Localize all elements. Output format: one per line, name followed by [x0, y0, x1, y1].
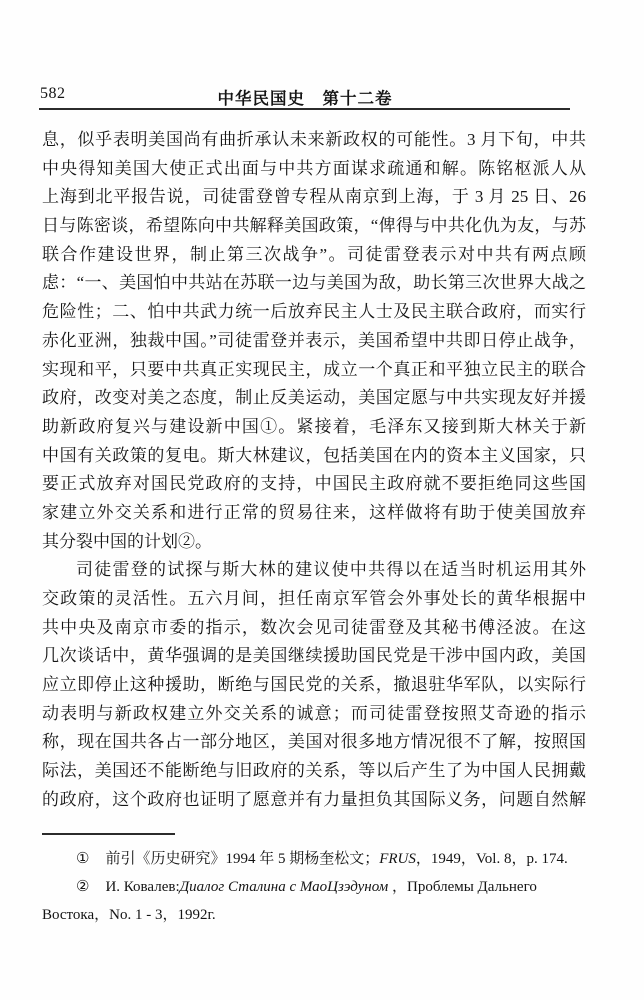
text-line: 中央得知美国大使正式出面与中共方面谋求疏通和解。陈铭枢派人从: [42, 155, 586, 184]
text-line: 际法，美国还不能断绝与旧政府的关系，等以后产生了为中国人民拥戴: [42, 757, 586, 786]
text-line: 日与陈密谈，希望陈向中共解释美国政策，“俾得与中共化仇为友，与苏: [42, 212, 586, 241]
text-line: 危险性；二、怕中共武力统一后放弃民主人士及民主联合政府，而实行: [42, 298, 586, 327]
book-page: 582 中华民国史 第十二卷 息，似乎表明美国尚有曲折承认未来新政权的可能性。3…: [0, 0, 644, 1000]
text-line: 交政策的灵活性。五六月间，担任南京军管会外事处长的黄华根据中: [42, 585, 586, 614]
text-line: 赤化亚洲，独裁中国。”司徒雷登并表示，美国希望中共即日停止战争，: [42, 327, 586, 356]
footnote-1-italic-title: FRUS: [379, 851, 416, 867]
footnote-separator: [42, 833, 175, 835]
footnote-1-text: 前引《历史研究》1994 年 5 期杨奎松文；: [105, 851, 379, 867]
running-title: 中华民国史 第十二卷: [40, 85, 570, 109]
text-line: 其分裂中国的计划②。: [42, 528, 586, 557]
text-line: 上海到北平报告说，司徒雷登曾专程从南京到上海，于 3 月 25 日、26: [42, 183, 586, 212]
text-line: 实现和平，只要中共真正实现民主，成立一个真正和平独立民主的联合: [42, 356, 586, 385]
text-line: 称，现在国共各占一部分地区，美国对很多地方情况很不了解，按照国: [42, 728, 586, 757]
text-line: 家建立外交关系和进行正常的贸易往来，这样做将有助于使美国放弃: [42, 499, 586, 528]
text-line: 应立即停止这种援助，断绝与国民党的关系，撤退驻华军队，以实际行: [42, 671, 586, 700]
text-line: 虑：“一、美国怕中共站在苏联一边与美国为敌，助长第三次世界大战之: [42, 269, 586, 298]
footnotes: ①前引《历史研究》1994 年 5 期杨奎松文；FRUS，1949，Vol. 8…: [42, 845, 588, 929]
body-text: 息，似乎表明美国尚有曲折承认未来新政权的可能性。3 月下旬，中共 中央得知美国大…: [42, 126, 586, 815]
footnote-2-italic-title: Диалог Сталина с МаоЦзэдуном: [180, 879, 389, 895]
text-line: 助新政府复兴与建设新中国①。紧接着，毛泽东又接到斯大林关于新: [42, 413, 586, 442]
text-line: 政府，改变对美之态度，制止反美运动，美国定愿与中共实现友好并援: [42, 384, 586, 413]
text-line: 动表明与新政权建立外交关系的诚意；而司徒雷登按照艾奇逊的指示: [42, 700, 586, 729]
text-line: 联合作建设世界，制止第三次战争”。司徒雷登表示对中共有两点顾: [42, 241, 586, 270]
text-line: 几次谈话中，黄华强调的是美国继续援助国民党是干涉中国内政，美国: [42, 642, 586, 671]
header-rule: [39, 108, 570, 110]
text-line: 共中央及南京市委的指示，数次会见司徒雷登及其秘书傅泾波。在这: [42, 614, 586, 643]
text-line: 息，似乎表明美国尚有曲折承认未来新政权的可能性。3 月下旬，中共: [42, 126, 586, 155]
footnote-2: ②И. Ковалев:Диалог Сталина с МаоЦзэдуном…: [42, 873, 588, 929]
footnote-1: ①前引《历史研究》1994 年 5 期杨奎松文；FRUS，1949，Vol. 8…: [42, 845, 588, 873]
footnote-1-marker: ①: [76, 851, 89, 867]
footnote-2-text: И. Ковалев:: [105, 879, 179, 895]
text-line: 中国有关政策的复电。斯大林建议，包括美国在内的资本主义国家，只: [42, 442, 586, 471]
footnote-1-citation: ，1949，Vol. 8，p. 174.: [416, 851, 568, 867]
text-line: 司徒雷登的试探与斯大林的建议使中共得以在适当时机运用其外: [42, 556, 586, 585]
footnote-2-marker: ②: [76, 879, 89, 895]
text-line: 的政府，这个政府也证明了愿意并有力量担负其国际义务，问题自然解: [42, 786, 586, 815]
text-line: 要正式放弃对国民党政府的支持，中国民主政府就不要拒绝同这些国: [42, 470, 586, 499]
